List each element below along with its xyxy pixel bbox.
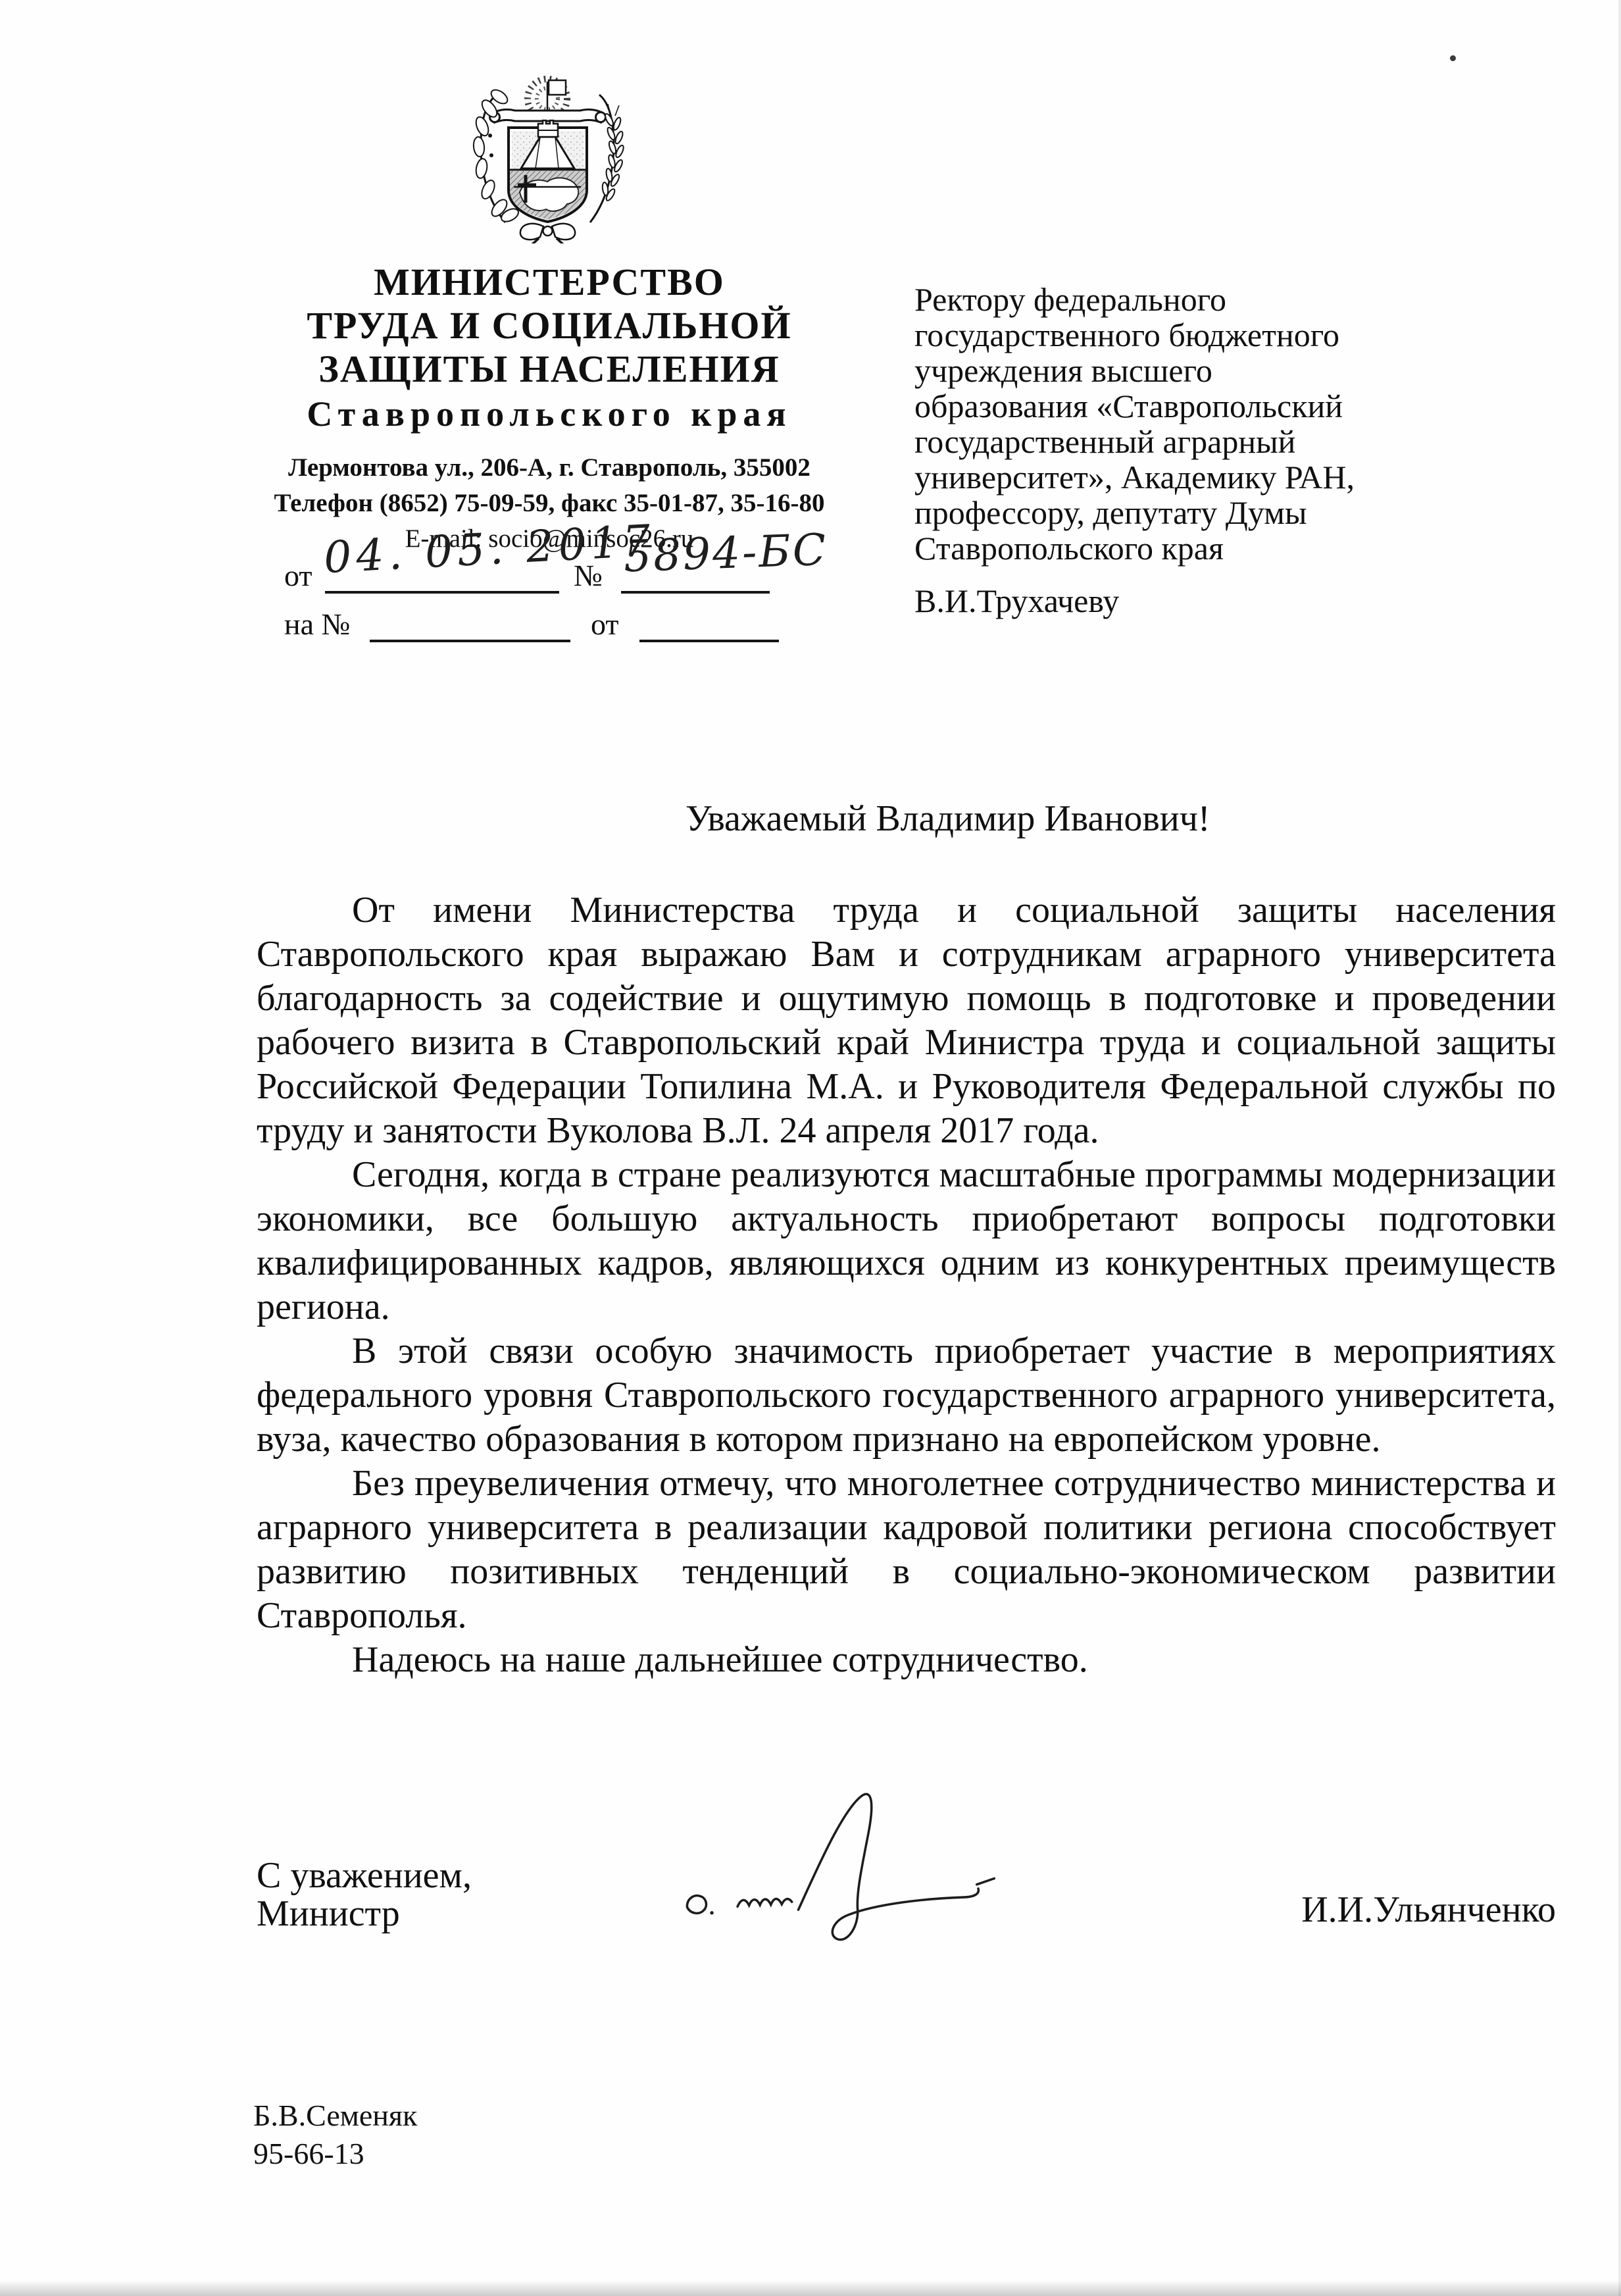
ministry-name-block: МИНИСТЕРСТВО ТРУДА И СОЦИАЛЬНОЙ ЗАЩИТЫ Н… — [201, 261, 898, 437]
signature-closing: С уважением, — [257, 1854, 472, 1897]
ministry-line: ЗАЩИТЫ НАСЕЛЕНИЯ — [201, 347, 898, 391]
signature-title: Министр — [257, 1893, 400, 1935]
outgoing-date-label: от — [284, 558, 312, 593]
date-underline — [325, 591, 559, 594]
executor-phone: 95-66-13 — [253, 2136, 364, 2171]
reply-date-underline — [639, 640, 779, 642]
recipient-line: государственный аграрный — [914, 424, 1566, 459]
handwritten-number: 5894-БС — [623, 524, 829, 582]
ministry-region-line: Ставропольского края — [201, 391, 898, 437]
reply-date-label: от — [591, 607, 619, 642]
ministry-line: МИНИСТЕРСТВО — [201, 261, 898, 304]
recipient-line: учреждения высшего — [914, 353, 1566, 388]
scan-bottom-shadow — [0, 2280, 1621, 2296]
number-underline — [621, 591, 770, 594]
recipient-line: государственного бюджетного — [914, 317, 1566, 353]
reply-number-underline — [370, 640, 570, 642]
address-line: Лермонтова ул., 206-А, г. Ставрополь, 35… — [201, 453, 898, 482]
scanned-letter-page: МИНИСТЕРСТВО ТРУДА И СОЦИАЛЬНОЙ ЗАЩИТЫ Н… — [0, 0, 1621, 2296]
executor-name: Б.В.Семеняк — [253, 2098, 417, 2133]
signature-name: И.И.Ульянченко — [1112, 1889, 1556, 1931]
recipient-line: образования «Ставропольский — [914, 388, 1566, 424]
body-paragraph: Надеюсь на наше дальнейшее сотрудничеств… — [257, 1638, 1556, 1682]
recipient-block: Ректору федерального государственного бю… — [914, 282, 1566, 566]
recipient-line: университет», Академику РАН, — [914, 459, 1566, 495]
phone-fax-line: Телефон (8652) 75-09-59, факс 35-01-87, … — [201, 488, 898, 518]
body-paragraph: В этой связи особую значимость приобрета… — [257, 1329, 1556, 1462]
coat-of-arms-icon — [457, 68, 638, 243]
salutation: Уважаемый Владимир Иванович! — [686, 798, 1210, 840]
handwritten-signature-icon — [668, 1778, 1055, 1969]
scan-speck — [1450, 55, 1456, 61]
body-paragraph: Сегодня, когда в стране реализуются масш… — [257, 1153, 1556, 1329]
recipient-line: Ректору федерального — [914, 282, 1566, 317]
scan-edge-shadow — [1618, 0, 1621, 2296]
body-paragraph: От имени Министерства труда и социальной… — [257, 888, 1556, 1153]
recipient-line: профессору, депутату Думы — [914, 495, 1566, 530]
ministry-line: ТРУДА И СОЦИАЛЬНОЙ — [201, 304, 898, 347]
recipient-line: Ставропольского края — [914, 530, 1566, 566]
reply-number-label: на № — [284, 607, 350, 642]
body-paragraph: Без преувеличения отмечу, что многолетне… — [257, 1462, 1556, 1638]
letter-body: От имени Министерства труда и социальной… — [257, 888, 1556, 1682]
recipient-name: В.И.Трухачеву — [914, 582, 1119, 620]
